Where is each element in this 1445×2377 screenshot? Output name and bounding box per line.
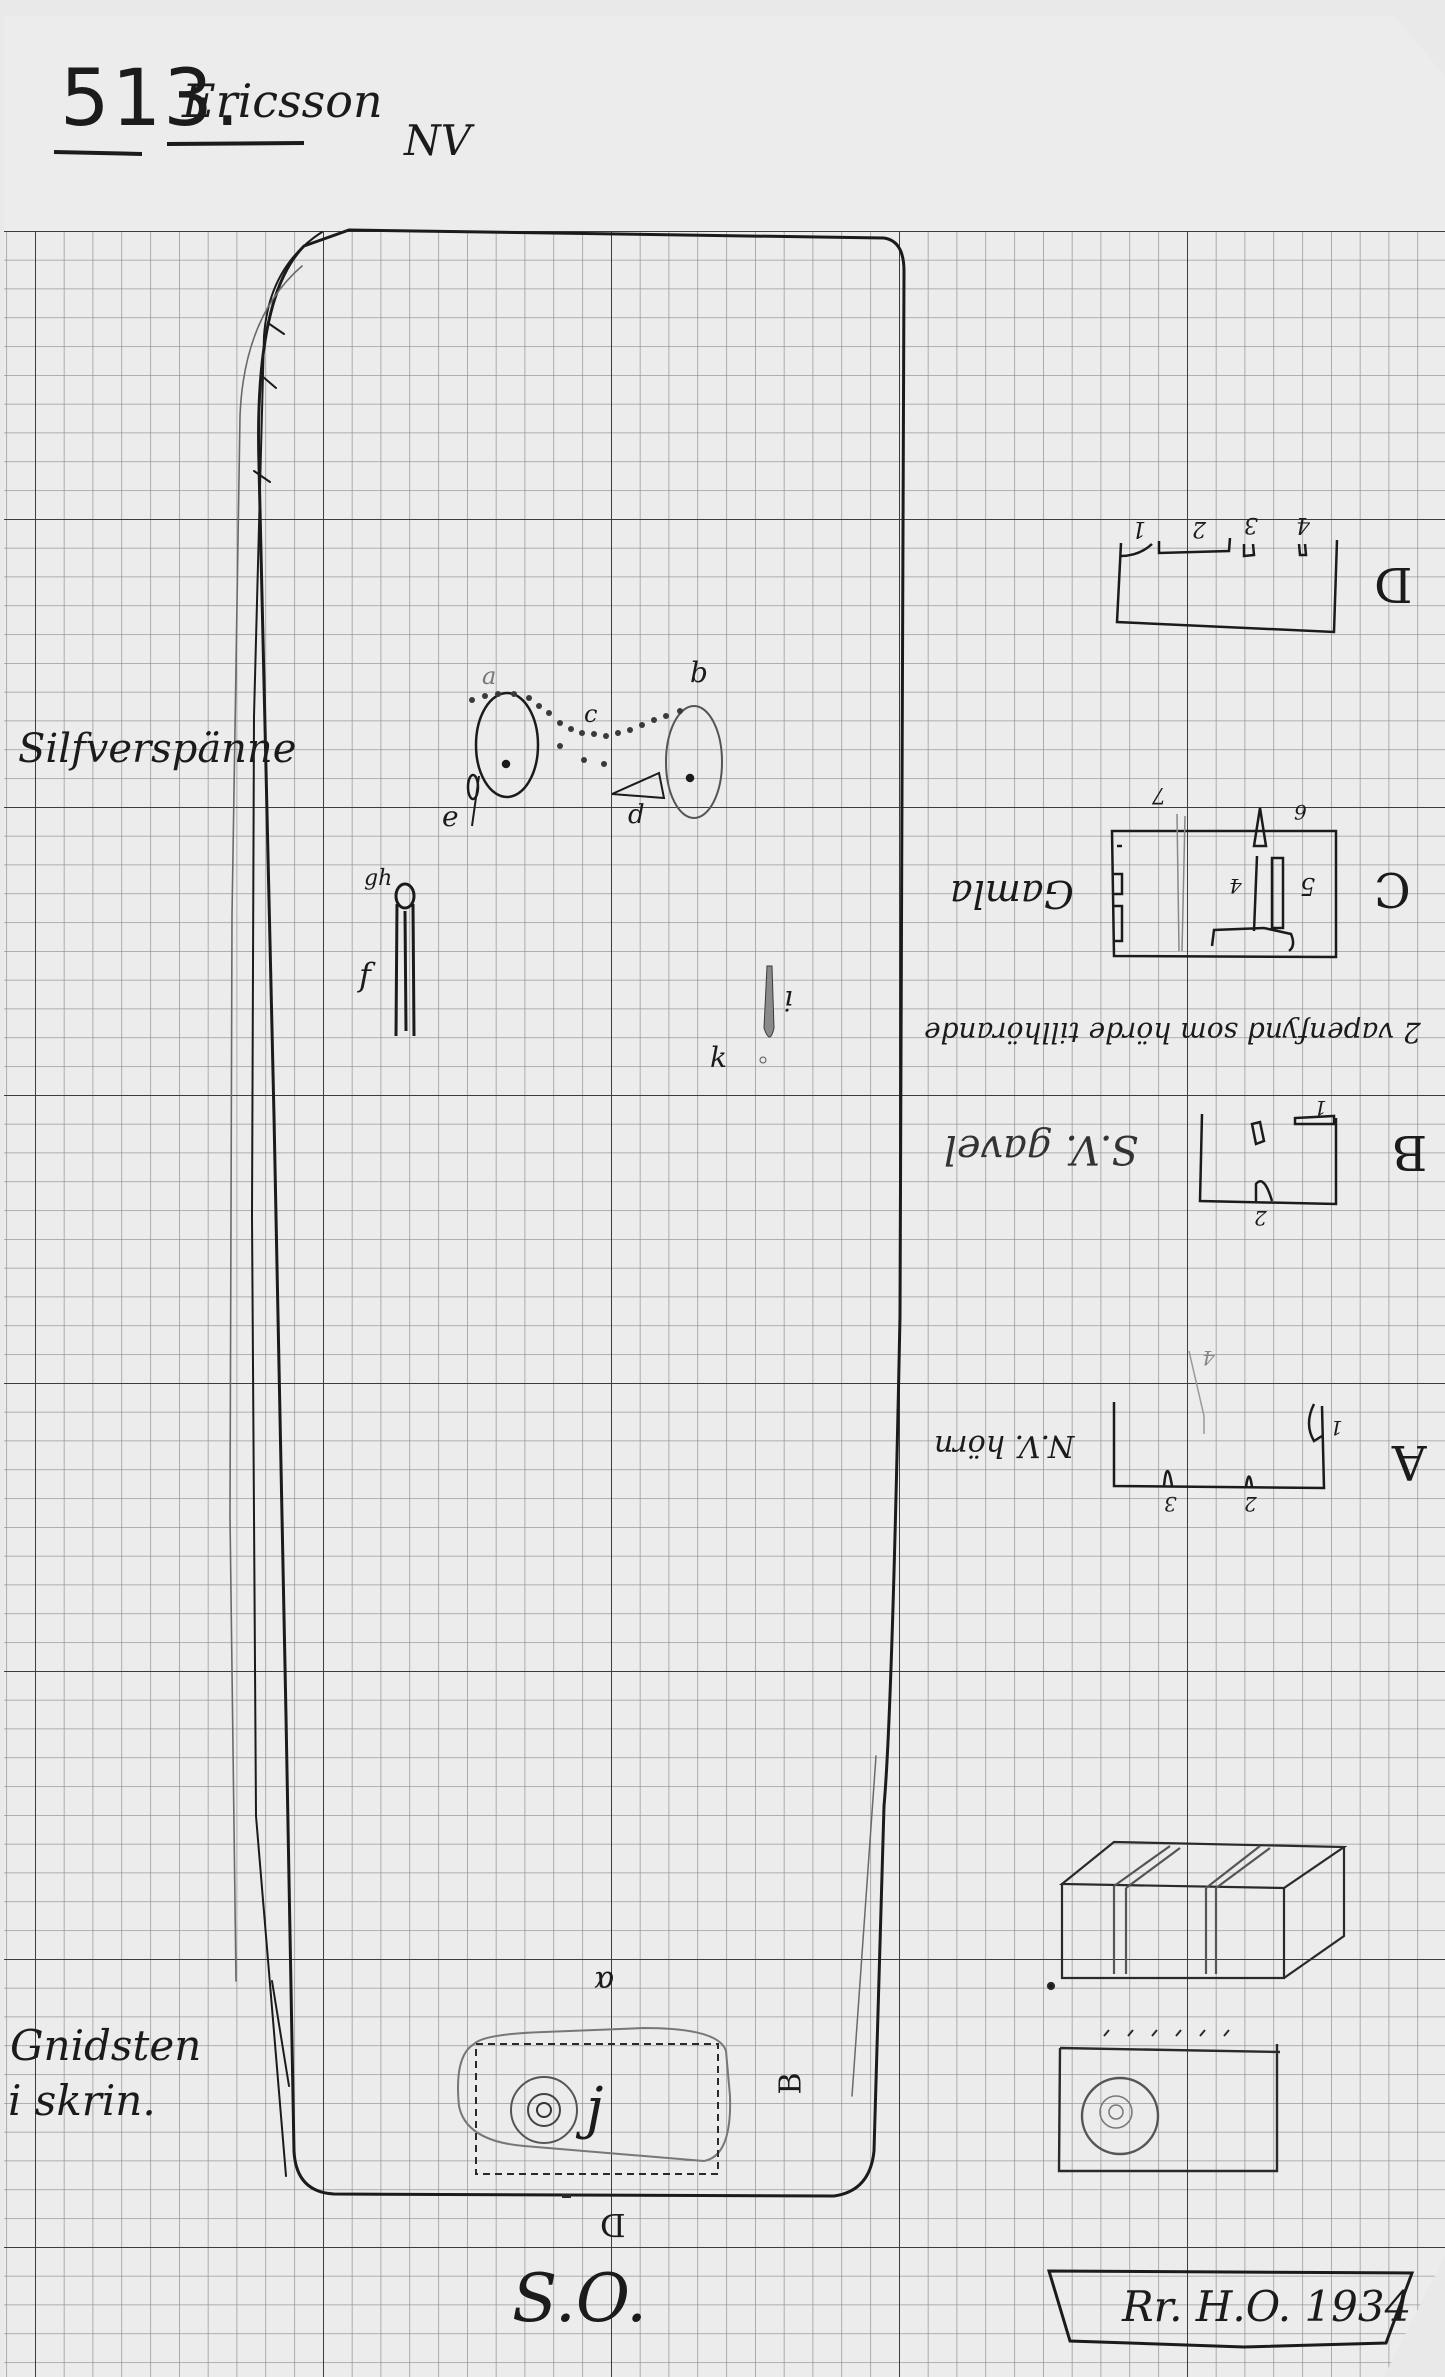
section-A-note: N.V. hörn [934, 1428, 1074, 1463]
find-letter-b: b [690, 656, 708, 689]
section-D-num-1: 1 [1132, 516, 1146, 541]
section-C-num-7: 7 [1152, 782, 1166, 807]
graph-paper-sheet: 513. Ericsson NV Silfverspänne Gnidsten … [4, 16, 1445, 2377]
section-D-label: D [1374, 556, 1412, 612]
find-letter-gh: gh [364, 866, 392, 891]
section-D-num-3: 3 [1244, 512, 1258, 537]
section-B-note: S.V. gavel [944, 1126, 1139, 1172]
section-A-num-2: 2 [1244, 1492, 1257, 1516]
scan-background: 513. Ericsson NV Silfverspänne Gnidsten … [0, 0, 1445, 2377]
find-letter-j: j [586, 2076, 603, 2141]
upside-down-annotation: 2 vapenfynd som hörde tillhörande [924, 1016, 1421, 1049]
section-B-num-1: 1 [1314, 1096, 1327, 1120]
label-whetstone: Gnidsten [10, 2021, 201, 2070]
find-letter-d: d [628, 800, 645, 830]
find-letter-f: f [359, 956, 371, 994]
section-A-num-1: 1 [1330, 1416, 1343, 1440]
section-D-num-2: 2 [1192, 516, 1206, 541]
orientation-mark: NV [404, 116, 471, 165]
graph-grid [4, 16, 1445, 2377]
archive-stamp-text: Rr. H.O. 1934 [1122, 2282, 1411, 2331]
grave-name: Ericsson [182, 74, 383, 128]
section-A-label: A [1392, 1434, 1427, 1490]
section-C-note: Gamla [950, 872, 1074, 916]
find-letter-e: e [442, 800, 459, 833]
find-letter-a: a [482, 662, 496, 690]
label-whetstone-line2: i skrin. [8, 2076, 156, 2125]
section-C-num-4: 4 [1229, 874, 1242, 898]
section-B-label: B [1392, 1124, 1427, 1180]
marker-bottom-D: D [600, 2206, 626, 2244]
section-C-num-5: 5 [1300, 872, 1315, 900]
heading-underlines [54, 143, 304, 154]
section-B-num-2: 2 [1254, 1206, 1267, 1230]
south-orientation-label: S.O. [512, 2260, 647, 2337]
find-letter-c: c [584, 700, 597, 728]
section-C-num-6: 6 [1294, 800, 1307, 824]
marker-top-of-box: ɑ [594, 1964, 614, 1999]
section-A-num-3: 3 [1164, 1492, 1177, 1516]
find-letter-i: i [784, 984, 793, 1017]
section-A-num-4: 4 [1202, 1346, 1215, 1370]
section-C-label: C [1374, 861, 1411, 917]
section-D-num-4: 4 [1296, 512, 1310, 537]
label-silver-buckle: Silfverspänne [18, 726, 296, 772]
find-letter-k: k [710, 1041, 727, 1074]
marker-east-B: B [774, 2072, 809, 2094]
